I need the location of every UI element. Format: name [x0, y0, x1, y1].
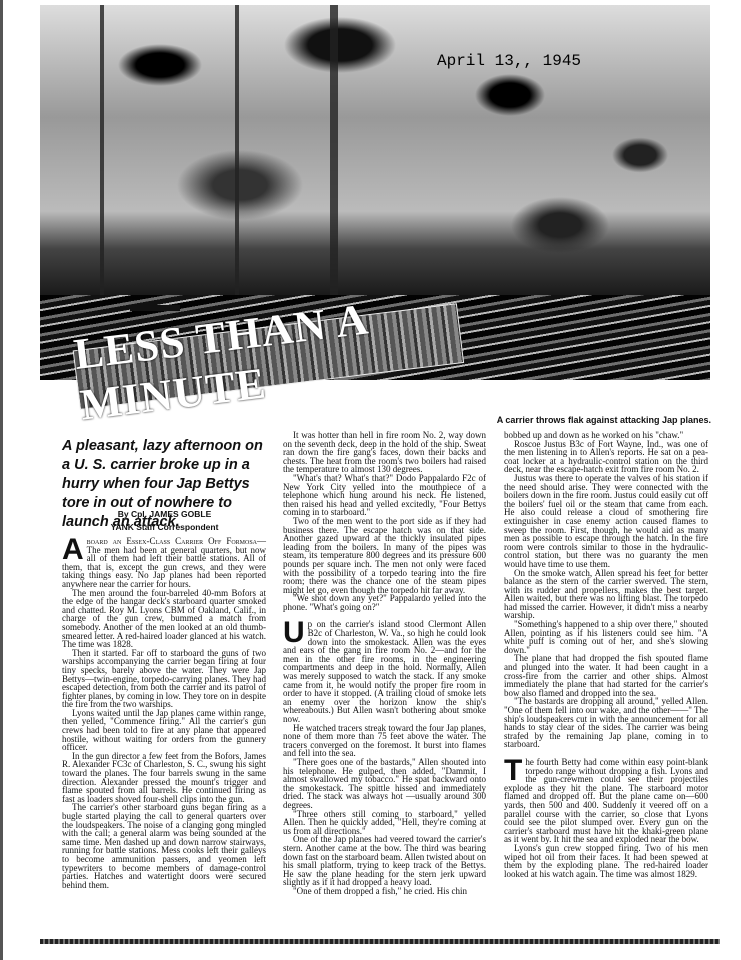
paragraph: He watched tracers streak toward the fou…	[283, 724, 486, 758]
paragraph: Lyons's gun crew stopped firing. Two of …	[504, 844, 708, 878]
paragraph: "What's that? What's that?" Dodo Pappala…	[283, 474, 486, 517]
paragraph: "We shot down any yet?" Pappalardo yelle…	[283, 594, 486, 611]
byline-author: By Cpl. JAMES GOBLE	[62, 508, 267, 521]
paragraph-text: p on the carrier's island stood Clermont…	[283, 619, 486, 724]
photo-streak	[330, 5, 338, 305]
byline-role: YANK Staff Correspondent	[62, 521, 267, 534]
drop-cap: U	[283, 621, 305, 645]
paragraph-text: he fourth Betty had come within easy poi…	[504, 757, 708, 844]
paragraph: In the gun director a few feet from the …	[62, 752, 266, 804]
paragraph: The men around the four-barreled 40-mm B…	[62, 589, 266, 649]
page-edge	[0, 0, 3, 960]
paragraph: "Something's happened to a ship over the…	[504, 620, 708, 654]
photo-streak	[235, 5, 239, 305]
article-column-1: Aboard an Essex-Class Carrier Off Formos…	[62, 537, 266, 889]
paragraph: Up on the carrier's island stood Clermon…	[283, 620, 486, 723]
paragraph: Aboard an Essex-Class Carrier Off Formos…	[62, 537, 266, 589]
paragraph: It was hotter than hell in fire room No.…	[283, 431, 486, 474]
paragraph: One of the Jap planes had veered toward …	[283, 835, 486, 887]
paragraph: "One of them dropped a fish," he cried. …	[283, 887, 486, 896]
paragraph: Roscoe Justus B3c of Fort Wayne, Ind., w…	[504, 440, 708, 474]
paragraph: Justus was there to operate the valves o…	[504, 474, 708, 569]
paragraph: The fourth Betty had come within easy po…	[504, 758, 708, 844]
drop-cap: A	[62, 538, 84, 562]
article-column-3: bobbed up and down as he worked on his "…	[504, 431, 708, 878]
paragraph: Two of the men went to the port side as …	[283, 517, 486, 594]
paragraph: "Three others still coming to starboard,…	[283, 810, 486, 836]
paragraph: "The bastards are dropping all around," …	[504, 697, 708, 749]
carrier-silhouette	[130, 305, 180, 311]
article-column-2: It was hotter than hell in fire room No.…	[283, 431, 486, 895]
photo-caption: A carrier throws flak against attacking …	[497, 415, 711, 425]
drop-cap: T	[504, 759, 522, 783]
byline: By Cpl. JAMES GOBLE YANK Staff Correspon…	[62, 508, 267, 534]
paragraph: On the smoke watch, Allen spread his fee…	[504, 569, 708, 621]
date-stamp: April 13,, 1945	[437, 52, 581, 70]
paragraph-text: —The men had been at general quarters, b…	[62, 536, 266, 589]
paragraph: Then it started. Far off to starboard th…	[62, 649, 266, 709]
paragraph: Lyons waited until the Jap planes came w…	[62, 709, 266, 752]
bottom-rule	[40, 939, 720, 944]
paragraph: The plane that had dropped the fish spou…	[504, 654, 708, 697]
paragraph: The carrier's other starboard guns began…	[62, 803, 266, 889]
photo-streak	[100, 5, 104, 305]
paragraph: "There goes one of the bastards," Allen …	[283, 758, 486, 810]
